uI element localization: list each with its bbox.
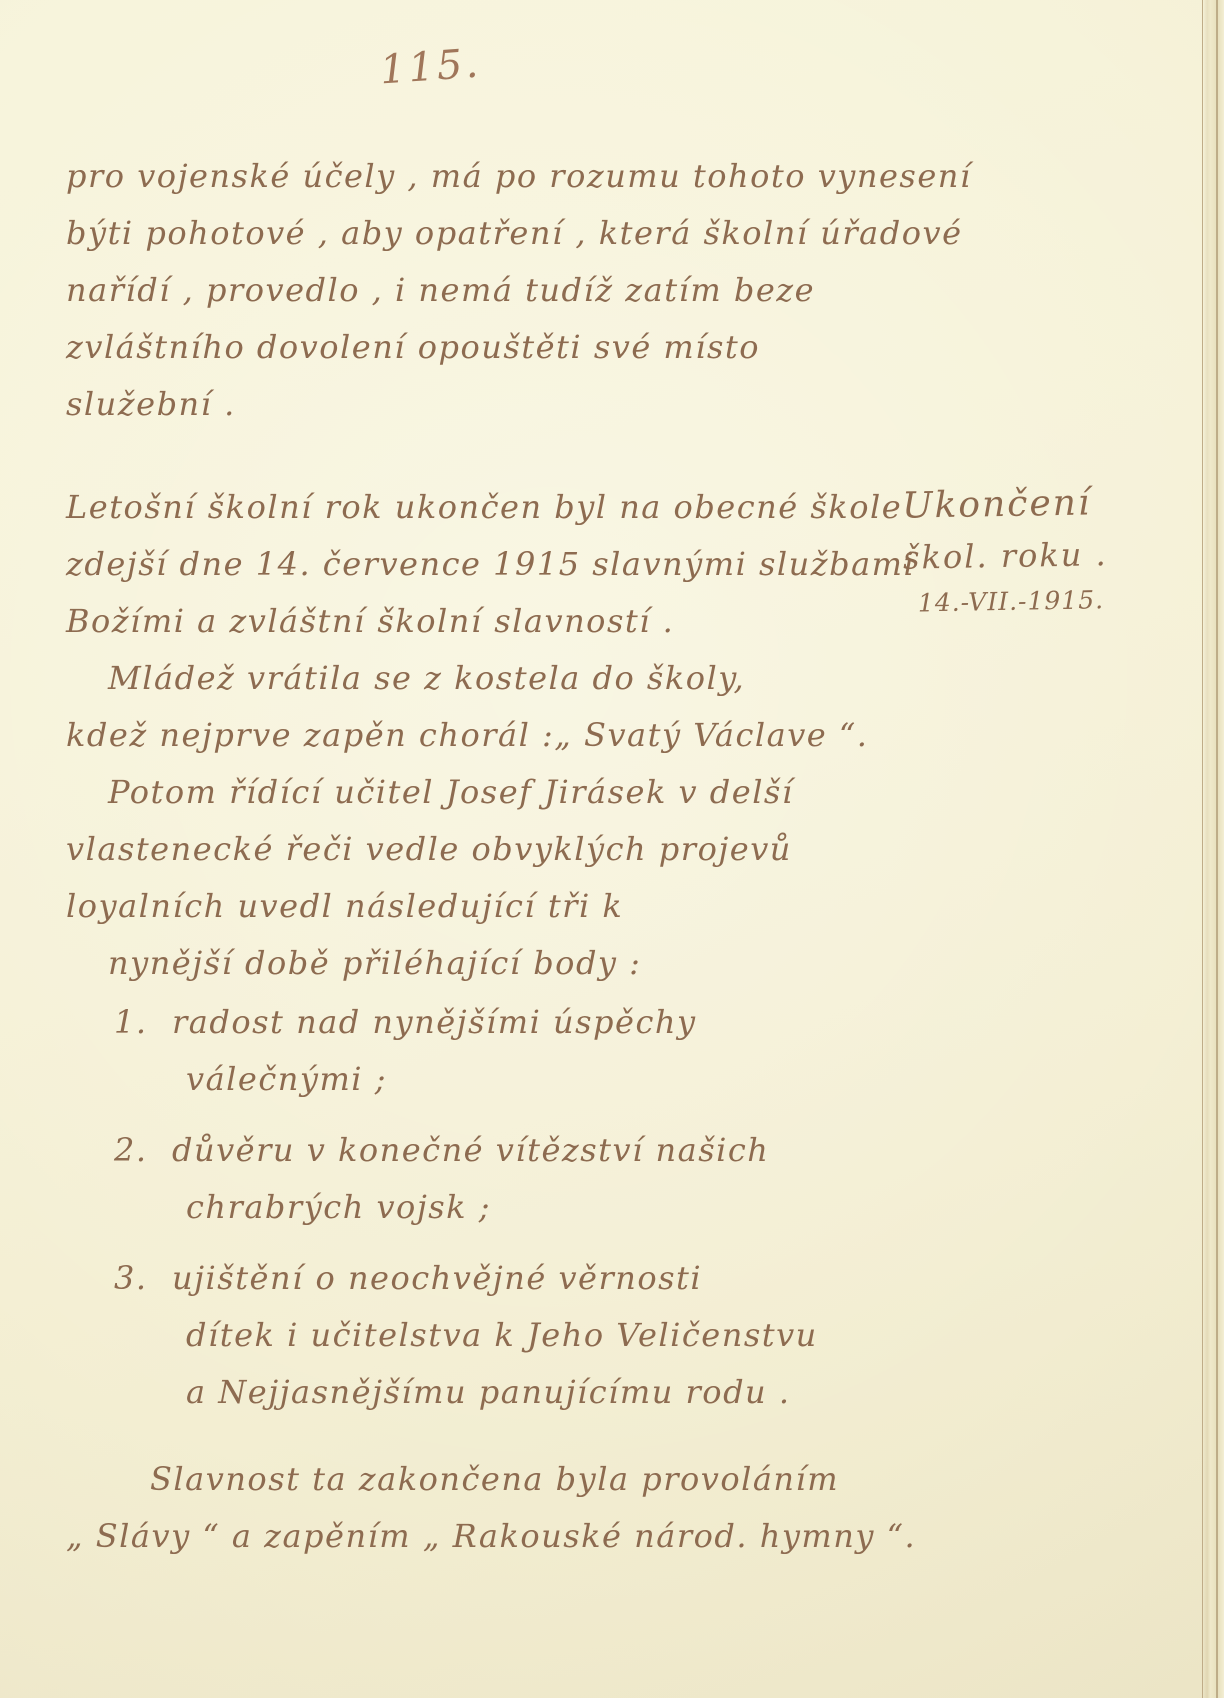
list-item: 2. důvěru v konečné vítězství našich chr… [66, 1122, 971, 1236]
list-item-text: důvěru v konečné vítězství našich chrabr… [172, 1122, 769, 1236]
list-item: 1. radost nad nynějšími úspěchy válečným… [66, 994, 971, 1108]
text-line: Potom řídící učitel Josef Jirásek v delš… [66, 764, 971, 821]
text-line: vlastenecké řeči vedle obvyklých projevů [66, 821, 971, 878]
text-line: Božími a zvláštní školní slavností . [66, 593, 971, 650]
text-line: zdejší dne 14. července 1915 slavnými sl… [66, 536, 971, 593]
text-line: Slavnost ta zakončena byla provoláním [66, 1451, 971, 1508]
list-number: 2. [66, 1122, 172, 1236]
text-line: býti pohotové , aby opatření , která ško… [66, 205, 971, 262]
list-number: 3. [66, 1250, 172, 1421]
text-line: služební . [66, 376, 971, 433]
text-line: důvěru v konečné vítězství našich [172, 1122, 769, 1179]
text-line: válečnými ; [172, 1051, 697, 1108]
text-line: radost nad nynějšími úspěchy [172, 994, 697, 1051]
margin-note-subtitle: škol. roku . [903, 527, 1214, 582]
margin-note-title: Ukončení [902, 475, 1213, 532]
text-line: „ Slávy “ a zapěním „ Rakouské národ. hy… [66, 1508, 971, 1565]
margin-note-date: 14.-VII.-1915. [904, 577, 1215, 624]
list-item-text: radost nad nynějšími úspěchy válečnými ; [172, 994, 697, 1108]
paragraph-service-duty: pro vojenské účely , má po rozumu tohoto… [66, 148, 971, 433]
text-line: pro vojenské účely , má po rozumu tohoto… [66, 148, 971, 205]
text-line: dítek i učitelstva k Jeho Veličenstvu [172, 1307, 818, 1364]
margin-note: Ukončení škol. roku . 14.-VII.-1915. [902, 475, 1214, 624]
text-line: a Nejjasnějšímu panujícímu rodu . [172, 1364, 818, 1421]
page-edge-line [1216, 0, 1218, 1698]
list-item: 3. ujištění o neochvějné věrnosti dítek … [66, 1250, 971, 1421]
text-line: kdež nejprve zapěn chorál :„ Svatý Václa… [66, 707, 971, 764]
text-line: chrabrých vojsk ; [172, 1179, 769, 1236]
text-line: ujištění o neochvějné věrnosti [172, 1250, 818, 1307]
text-line: Mládež vrátila se z kostela do školy, [66, 650, 971, 707]
chronicle-page: { "page": { "number": "115." }, "colors"… [0, 0, 1224, 1698]
text-line: nynější době přiléhající body : [66, 935, 971, 992]
paragraph-closing: Slavnost ta zakončena byla provoláním „ … [66, 1451, 971, 1565]
text-line: Letošní školní rok ukončen byl na obecné… [66, 479, 971, 536]
text-line: loyalních uvedl následující tři k [66, 878, 971, 935]
text-line: zvláštního dovolení opouštěti své místo [66, 319, 971, 376]
paragraph-speech: Potom řídící učitel Josef Jirásek v delš… [66, 764, 971, 992]
paragraph-school-year-end: Letošní školní rok ukončen byl na obecné… [66, 479, 971, 650]
list-item-text: ujištění o neochvějné věrnosti dítek i u… [172, 1250, 818, 1421]
numbered-list: 1. radost nad nynějšími úspěchy válečným… [66, 994, 971, 1421]
page-number: 115. [379, 41, 483, 94]
next-page-edge [1202, 0, 1224, 1698]
list-number: 1. [66, 994, 172, 1108]
text-line: nařídí , provedlo , i nemá tudíž zatím b… [66, 262, 971, 319]
main-text-block: pro vojenské účely , má po rozumu tohoto… [66, 148, 971, 1565]
paragraph-choral: Mládež vrátila se z kostela do školy, kd… [66, 650, 971, 764]
